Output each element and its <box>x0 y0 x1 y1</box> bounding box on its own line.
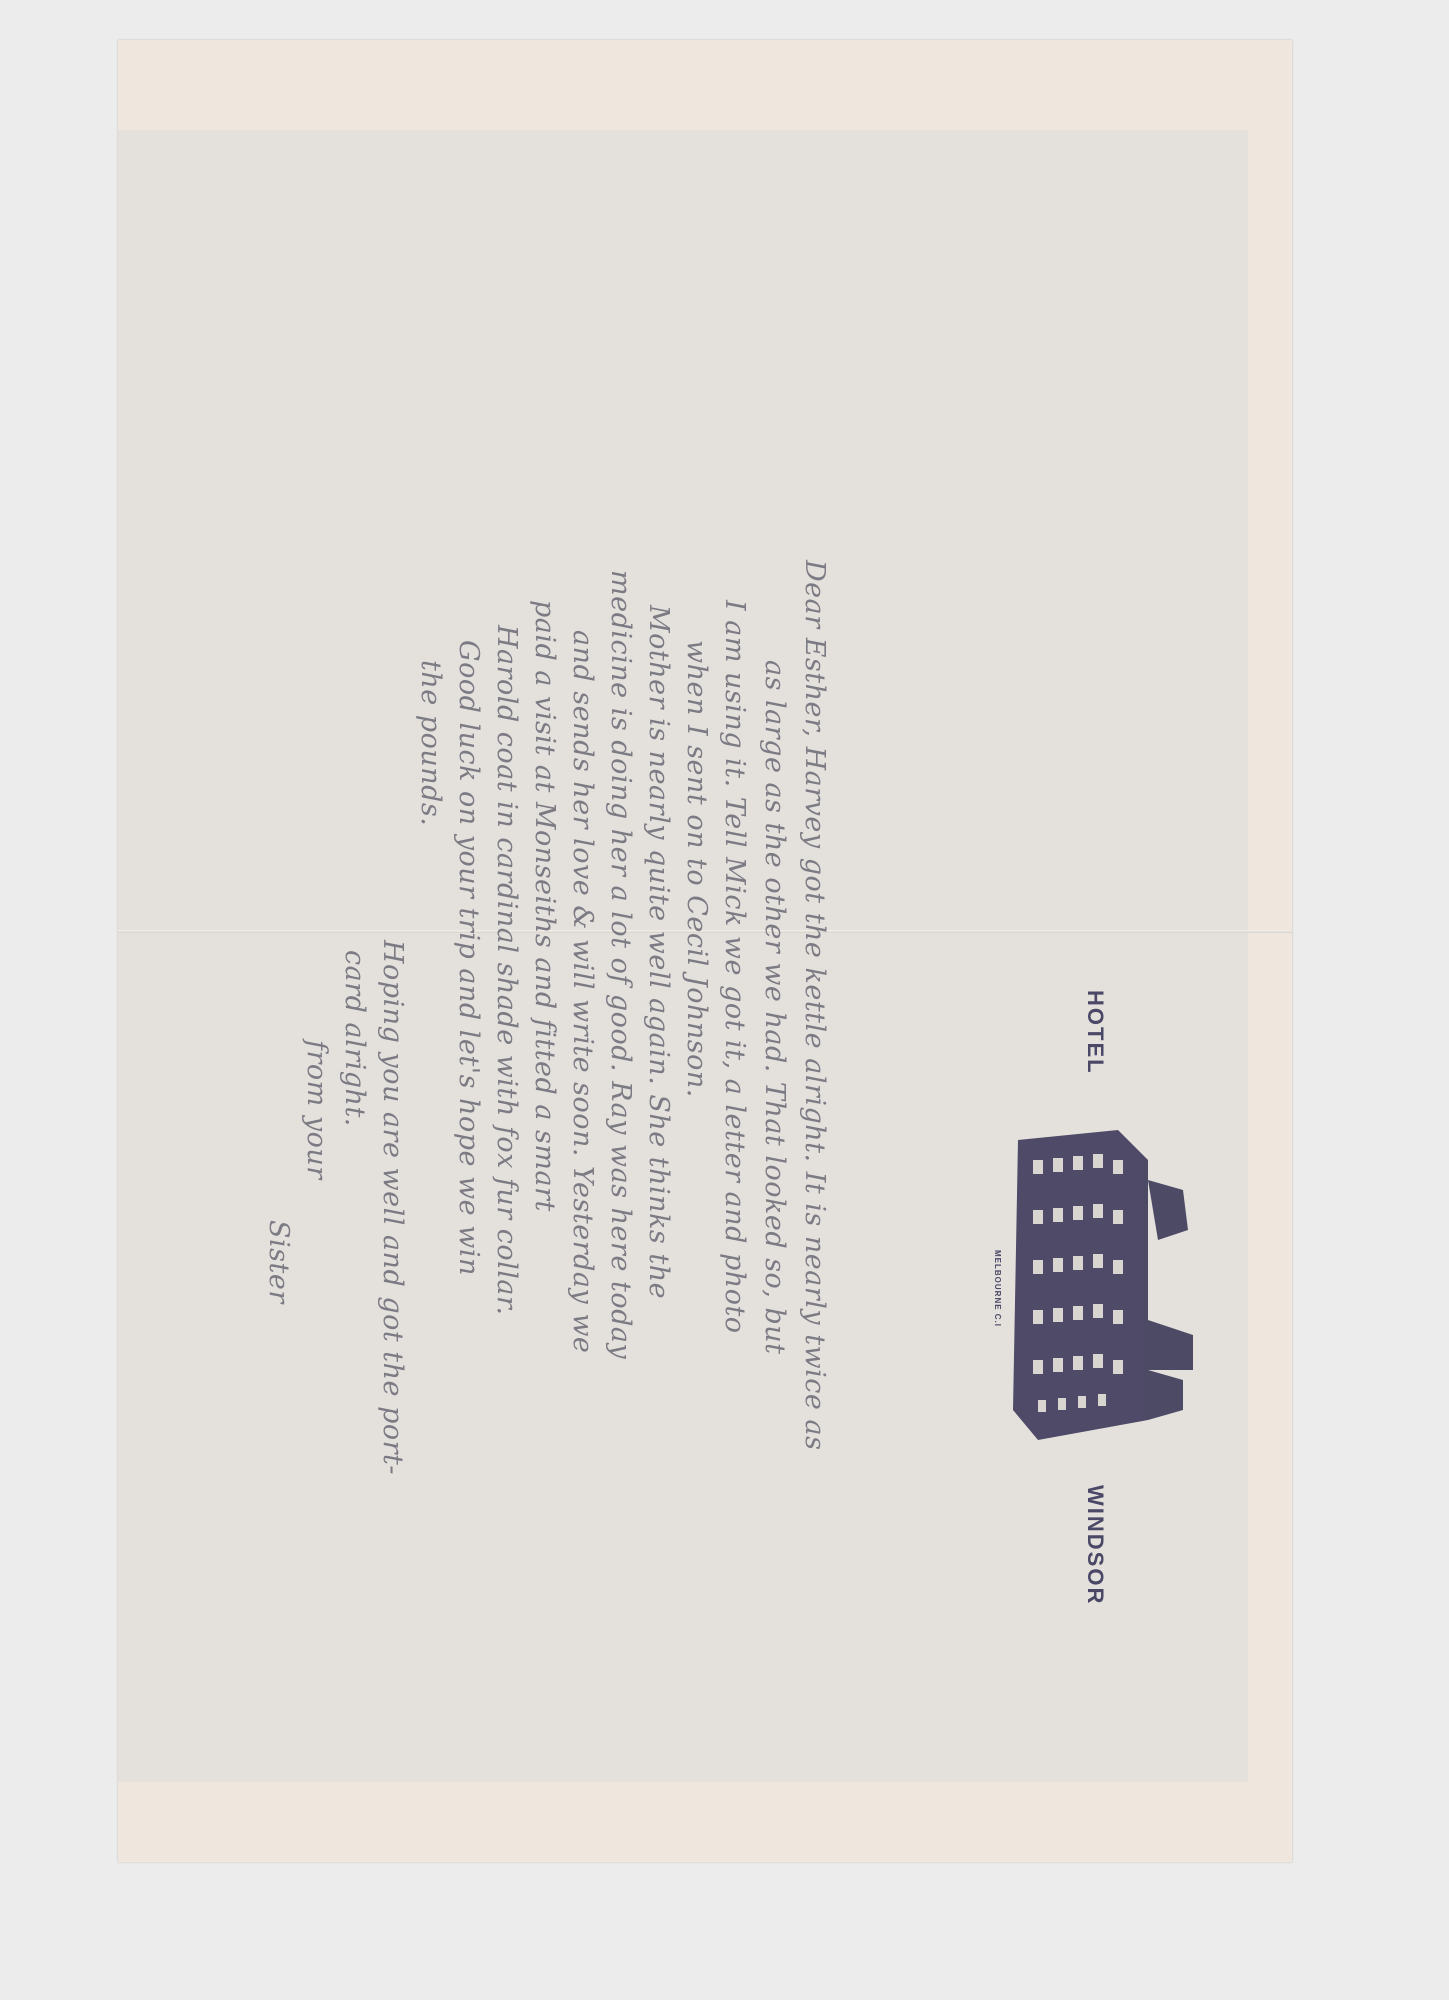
letter-line: the pounds. <box>415 660 446 826</box>
letter-line: as large as the other we had. That looke… <box>759 660 790 1355</box>
letter-line: Mother is nearly quite well again. She t… <box>643 605 674 1299</box>
hotel-building-icon <box>998 1120 1198 1450</box>
letter-closing: card alright. <box>339 950 370 1127</box>
letter-closing: Hoping you are well and got the port- <box>377 940 408 1475</box>
letter-greeting: Dear Esther, Harvey got the kettle alrig… <box>799 560 830 1450</box>
letter-closing: from your <box>301 1040 332 1180</box>
letter-sheet: HOTEL MELBOURNE C.I WINDSOR Dear Esther,… <box>118 40 1292 1862</box>
letter-line: Harold coat in cardinal shade with fox f… <box>491 625 522 1316</box>
letter-line: medicine is doing her a lot of good. Ray… <box>605 570 636 1359</box>
letterhead-hotel: HOTEL <box>1082 990 1108 1075</box>
letter-line: I am using it. Tell Mick we got it, a le… <box>719 600 750 1334</box>
letter-line: paid a visit at Monseiths and fitted a s… <box>529 600 560 1212</box>
letter-line: when I sent on to Cecil Johnson. <box>681 640 712 1098</box>
letter-line: and sends her love & will write soon. Ye… <box>567 630 598 1353</box>
letterhead-windsor: WINDSOR <box>1082 1485 1108 1605</box>
letter-line: Good luck on your trip and let's hope we… <box>453 640 484 1276</box>
letter-signature: Sister <box>263 1220 294 1304</box>
